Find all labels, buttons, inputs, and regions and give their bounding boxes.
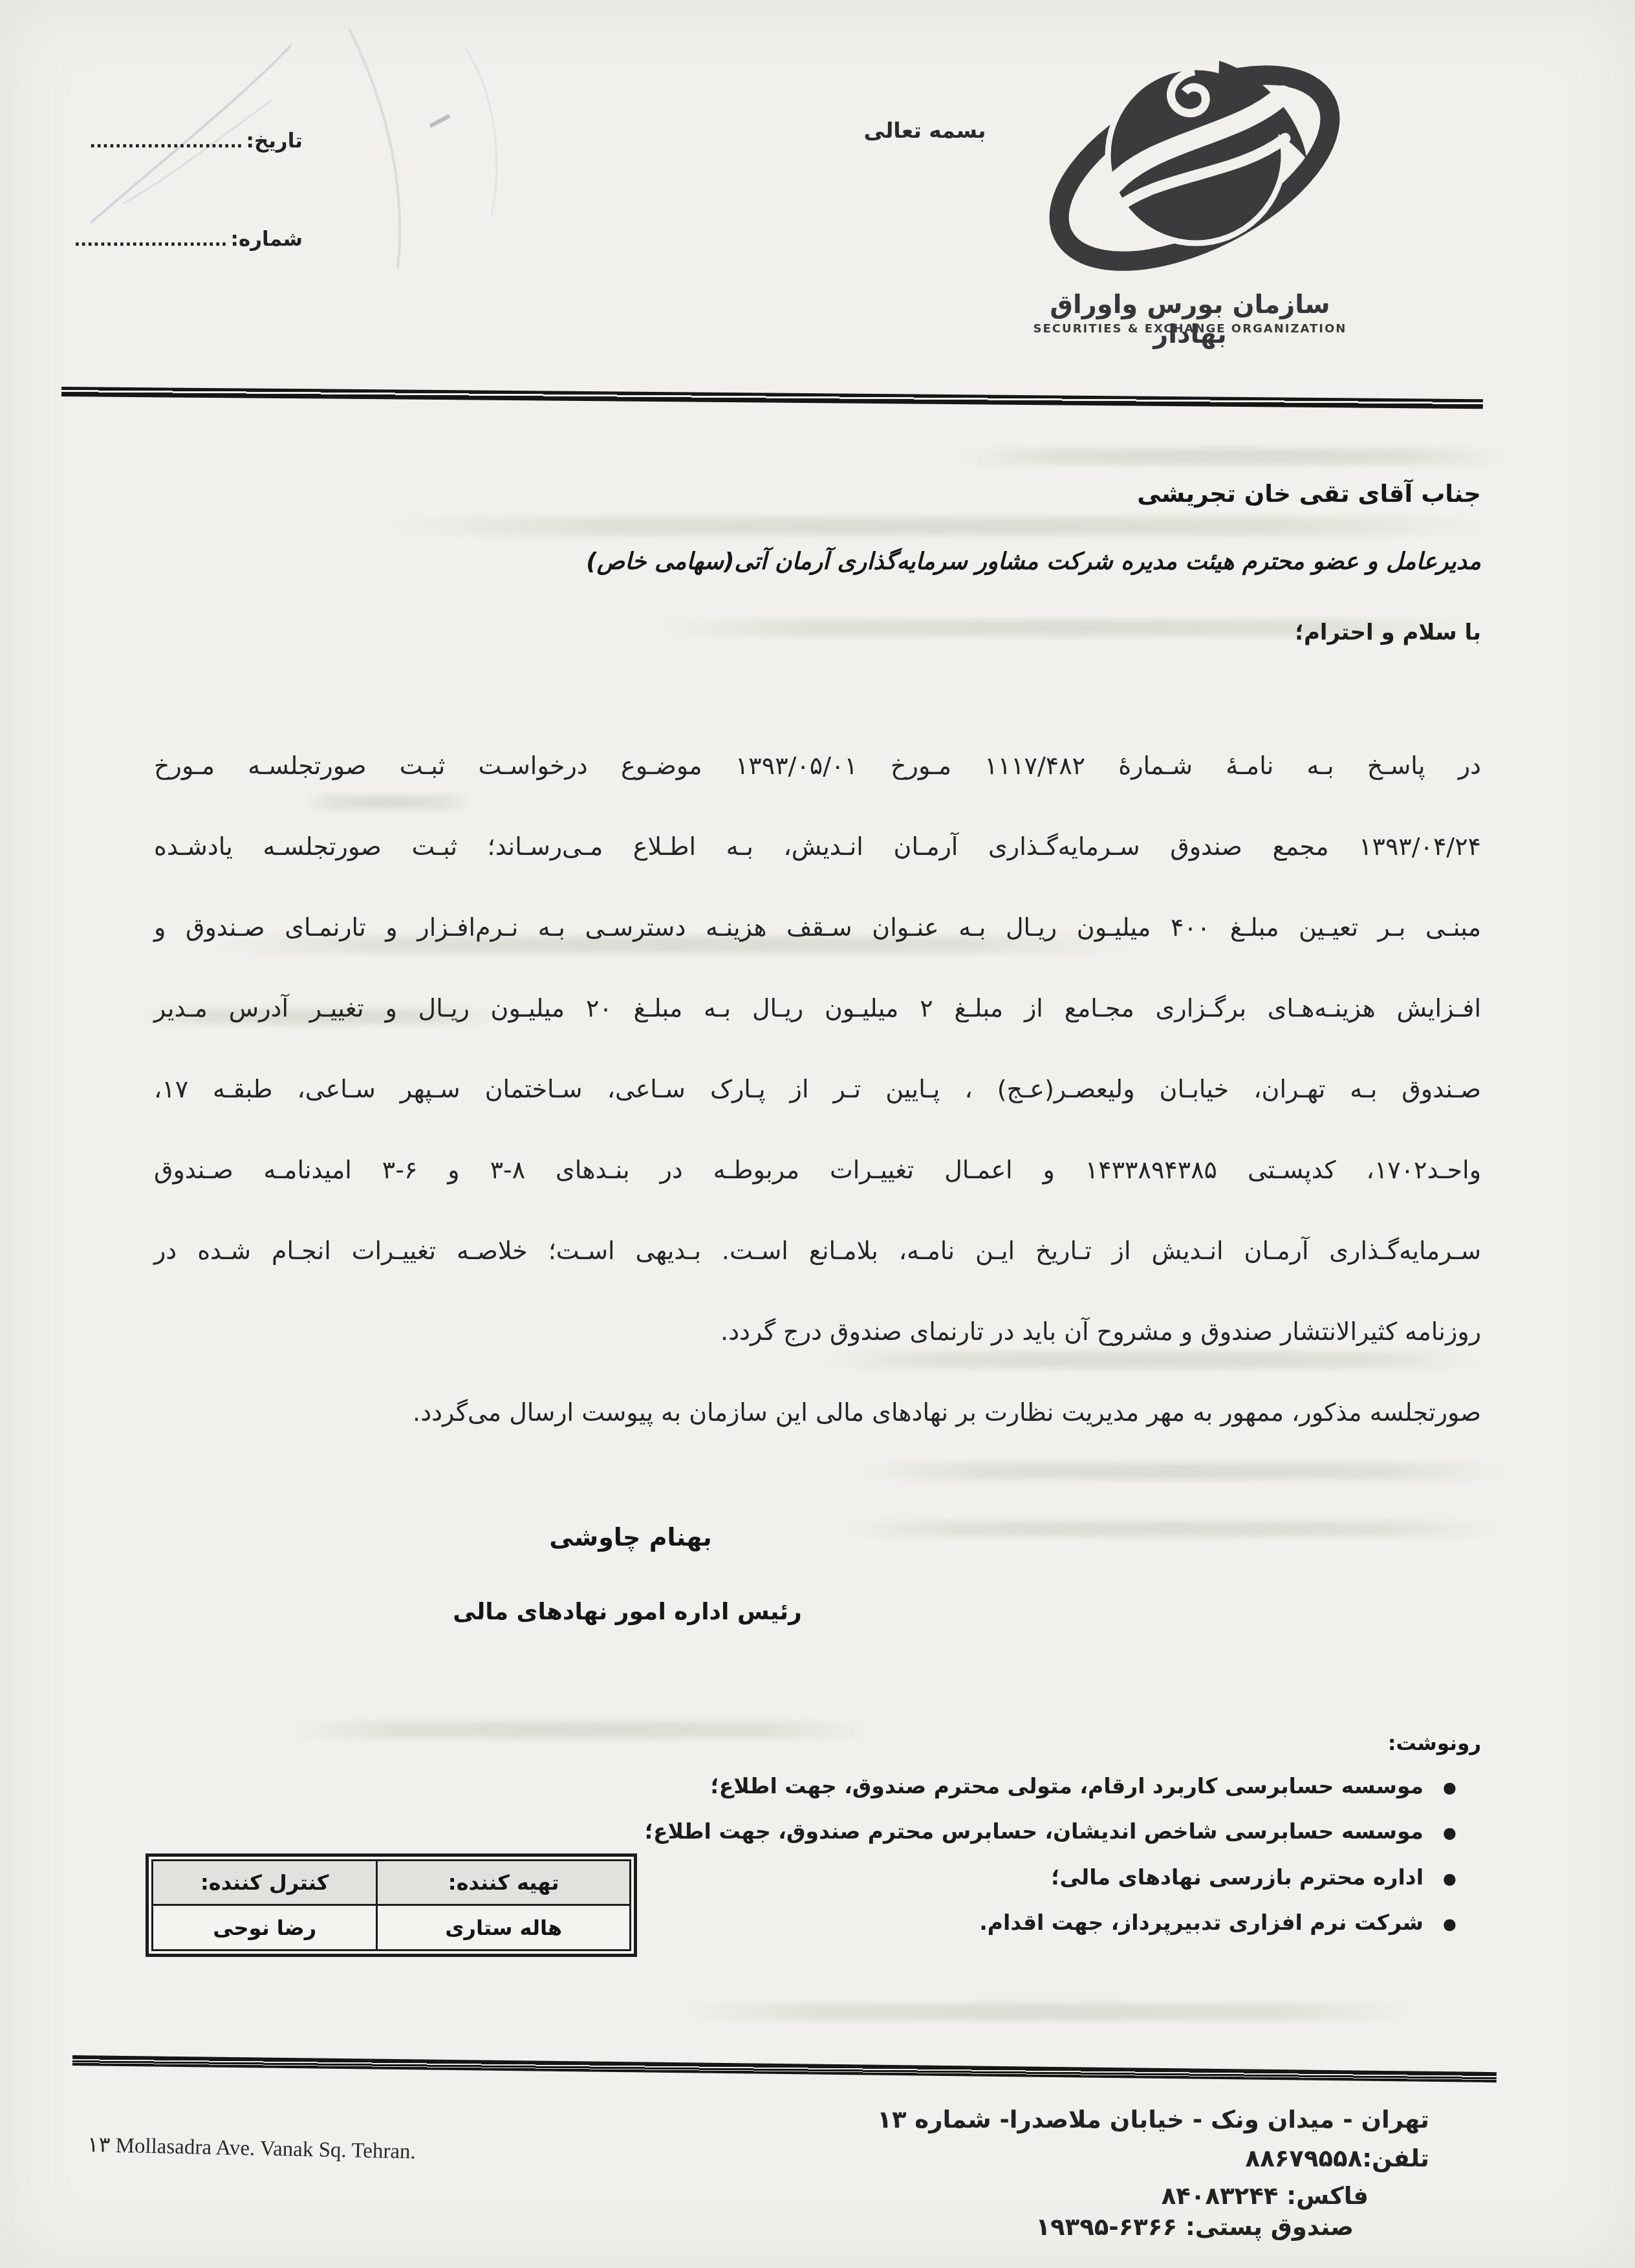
number-field: شماره: ........................ [74,228,303,251]
footer-fax: فاکس: ۸۴۰۸۳۲۴۴ [1162,2182,1369,2210]
recipient-name: جناب آقای تقی خان تجریشی [154,480,1481,508]
date-dotted-line: ........................ [89,133,243,152]
date-field: تاریخ: ........................ [89,129,303,153]
prepared-by-value: هاله ستاری [377,1905,631,1950]
bleed-through-artifact [860,1463,1507,1480]
date-label: تاریخ: [246,129,303,153]
body-line: در پاسـخ بـه نامـهٔ شـمارهٔ ۱۱۱۷/۴۸۲ مـو… [154,726,1481,806]
cc-item: ●موسسه حسابرسی کاربرد ارقام، متولی محترم… [154,1773,1456,1798]
signer-name: بهنام چاوشی [501,1523,760,1551]
recipient-title: مدیرعامل و عضو محترم هیئت مدیره شرکت مشا… [154,548,1481,575]
controlled-by-header: کنترل کننده: [153,1861,377,1905]
scanned-letter-page: تاریخ: ........................ شماره: .… [0,0,1635,2268]
approval-table: تهیه کننده: کنترل کننده: هاله ستاری رضا … [146,1853,637,1957]
cc-item-text: اداره محترم بازرسی نهادهای مالی؛ [1051,1864,1424,1890]
cc-item-text: موسسه حسابرسی کاربرد ارقام، متولی محترم … [711,1773,1424,1798]
bleed-through-artifact [686,2003,1410,2020]
bismillah-text: بسمه تعالی [841,118,1009,143]
cc-label: رونوشت: [154,1732,1481,1755]
footer-phone: تلفن:۸۸۶۷۹۵۵۸ [1246,2144,1429,2172]
footer-divider-rule [72,2055,1497,2082]
prepared-by-header: تهیه کننده: [377,1861,631,1905]
footer-po-box: صندوق پستی: ۶۳۶۶-۱۹۳۹۵ [1035,2213,1354,2241]
body-line: ۱۳۹۳/۰۴/۲۴ مجمع صندوق سـرمایه‌گـذاری آرم… [154,806,1481,887]
body-line: صـندوق بـه تهـران، خیابـان ولیعصـر(عـج) … [154,1049,1481,1130]
bullet-icon: ● [1443,1824,1456,1842]
table-value-row: هاله ستاری رضا نوحی [153,1905,631,1950]
cc-item-text: موسسه حسابرسی شاخص اندیشان، حسابرس محترم… [645,1819,1424,1844]
controlled-by-value: رضا نوحی [153,1905,377,1950]
bullet-icon: ● [1443,1778,1456,1797]
closing-paragraph: صورتجلسه مذکور، ممهور به مهر مدیریت نظار… [154,1398,1481,1427]
cc-item-text: شرکت نرم افزاری تدبیرپرداز، جهت اقدام. [979,1910,1424,1935]
body-line: افـزایش هزینـه‌هـای برگـزاری مجـامع از م… [154,968,1481,1049]
number-dotted-line: ........................ [74,231,227,250]
footer-address-en: ۱۳ Mollasadra Ave. Vanak Sq. Tehran. [87,2132,417,2165]
logo-name-en: SECURITIES & EXCHANGE ORGANIZATION [1009,322,1371,336]
body-line: واحـد۱۷۰۲، کدپسـتی ۱۴۳۳۸۹۴۳۸۵ و اعمـال ت… [154,1130,1481,1211]
bullet-icon: ● [1443,1870,1456,1888]
seo-logo-icon [1025,34,1361,292]
bleed-through-artifact [841,1521,1500,1537]
logo-name-fa: سازمان بورس واوراق بهادار [1009,290,1371,349]
bleed-through-artifact [388,517,1488,535]
bleed-through-artifact [957,448,1507,465]
body-line: مبنـی بـر تعیـین مبلـغ ۴۰۰ میلیـون ریـال… [154,887,1481,968]
signer-title: رئیس اداره امور نهادهای مالی [453,1599,802,1625]
header-divider-rule [61,387,1483,409]
table-header-row: تهیه کننده: کنترل کننده: [153,1861,631,1905]
body-line: سـرمایه‌گـذاری آرمـان انـدیش از تـاریخ ا… [154,1211,1481,1291]
number-label: شماره: [231,228,303,251]
bullet-icon: ● [1443,1915,1456,1933]
footer-address-fa: تهران - میدان ونک - خیابان ملاصدرا- شمار… [877,2106,1429,2133]
letter-body: در پاسـخ بـه نامـهٔ شـمارهٔ ۱۱۱۷/۴۸۲ مـو… [154,726,1481,1372]
body-line: روزنامه کثیرالانتشار صندوق و مشروح آن با… [154,1291,1481,1372]
cc-item: ●موسسه حسابرسی شاخص اندیشان، حسابرس محتر… [154,1819,1456,1844]
salutation: با سلام و احترام؛ [154,620,1481,645]
